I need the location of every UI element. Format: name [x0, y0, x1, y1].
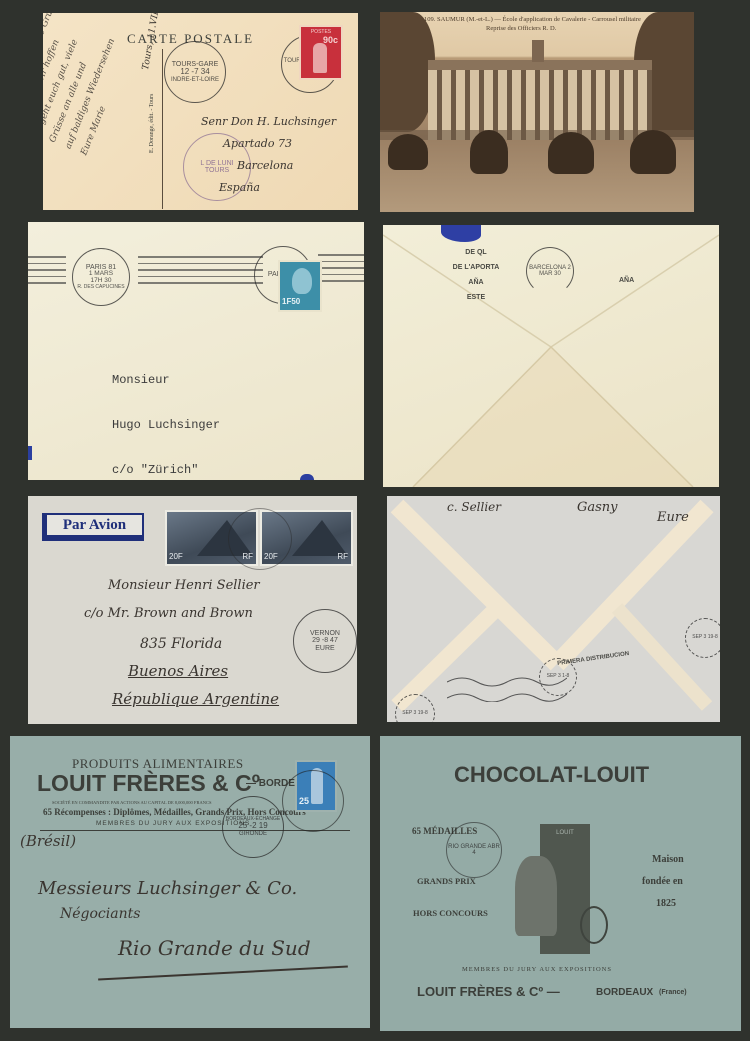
sender-name: c. Sellier: [447, 500, 501, 514]
company-name: LOUIT FRÈRES & Cº: [37, 770, 260, 797]
slogan-line: DE L'APORTA: [441, 260, 511, 275]
girl-illustration: [515, 856, 557, 936]
machine-cancel-lines: [318, 254, 364, 287]
postmark-on-stamp: [282, 770, 344, 832]
address-line: c/o "Zürich": [112, 463, 234, 478]
horse-rider: [548, 132, 594, 174]
box-label: LOUIT: [540, 830, 590, 836]
typed-address: Monsieur Hugo Luchsinger c/o "Zürich" Ap…: [112, 343, 234, 480]
company-name: LOUIT FRÈRES & Cº —: [417, 984, 560, 999]
stamp-pasteur-1f50: 1F50: [278, 260, 322, 312]
postmark-tours-gare: TOURS-GARE12 -7 34INDRE-ET-LOIRE: [164, 41, 226, 103]
address-line: Rio Grande du Sud: [118, 936, 311, 960]
address-underline: [98, 965, 348, 980]
address-line: Messieurs Luchsinger & Co.: [38, 878, 297, 899]
stamp-figure-icon: [313, 43, 327, 73]
horse-rider: [388, 134, 428, 170]
address-line: España: [201, 177, 336, 199]
chocolat-louit-title: CHOCOLAT-LOUIT: [454, 762, 649, 788]
postmark-paris-81: PARIS 811 MARS 17H 30R. DES CAPUCINES: [72, 248, 130, 306]
address-line: 835 Florida: [140, 636, 222, 652]
horse-rider: [470, 130, 508, 174]
postmark-arrival: RIO GRANDE ABR 4: [446, 822, 502, 878]
slogan-line: ESTE: [441, 290, 511, 305]
tree-left: [380, 12, 435, 132]
caption-line-1: 109. SAUMUR (M.-et-L.) — École d'applica…: [424, 16, 641, 23]
address-line: Monsieur Henri Sellier: [108, 578, 260, 593]
slogan-line: AÑA: [619, 273, 634, 288]
address-line: Apartado 73: [201, 133, 336, 155]
hoop-illustration: [580, 906, 608, 944]
company-capital-line: SOCIÉTÉ EN COMMANDITE PAR ACTIONS AU CAP…: [52, 800, 211, 805]
building-clock-tower: [532, 40, 544, 62]
left-col-line: GRANDS PRIX: [417, 876, 476, 886]
right-col-line: fondée en: [642, 876, 683, 887]
cover-paris-back: DE QL DE L'APORTA AÑA ESTE BARCELONA 2 M…: [383, 225, 719, 487]
address-line: Monsieur: [112, 373, 234, 388]
wavy-cancel-lines: [447, 672, 567, 702]
stamp-portrait-icon: [292, 268, 312, 294]
divider-line: [162, 49, 163, 209]
postmark-bordeaux-gironde: BORDEAUX-ÉCHANGE25 -2 19GIRONDE: [222, 796, 284, 858]
machine-cancel-lines: [28, 256, 66, 289]
right-col-line: 1825: [656, 898, 676, 909]
stamp-country: RF: [337, 552, 348, 561]
right-col-line: Maison: [652, 854, 684, 865]
machine-cancel-lines: [138, 256, 263, 289]
left-col-line: HORS CONCOURS: [413, 908, 488, 918]
caption-line-2: Reprise des Officiers R. D.: [486, 25, 556, 32]
sender-dept: Eure: [657, 510, 689, 525]
stamp-value: 20F: [169, 552, 183, 561]
cover-vernon-airmail-front: Par Avion 20F RF 20F RF VERNON29 -8 47EU…: [28, 496, 357, 724]
stamp-paix-90c: POSTES 90c: [299, 25, 343, 80]
stamp-mountain-icon: [292, 520, 348, 556]
destination-note: (Brésil): [20, 832, 76, 850]
stamp-value: 90c: [323, 35, 338, 45]
cover-vernon-airmail-back: c. Sellier Gasny Eure PRIMERA DISTRIBUCI…: [387, 496, 720, 722]
par-avion-text: Par Avion: [63, 517, 126, 534]
slogan-line: AÑA: [441, 275, 511, 290]
postcard-saumur-view: 109. SAUMUR (M.-et-L.) — École d'applica…: [380, 12, 694, 212]
machine-backstamp-slogan: DE QL DE L'APORTA AÑA ESTE: [441, 245, 511, 305]
sender-town: Gasny: [577, 500, 618, 515]
cover-paris-front: PARIS 811 MARS 17H 30R. DES CAPUCINES PA…: [28, 222, 364, 480]
address-line: Senr Don H. Luchsinger: [201, 111, 336, 133]
handwritten-message: Liebe Hugo, herzliche Grüsseaus Tours, w…: [43, 13, 143, 158]
address-line: c/o Mr. Brown and Brown: [84, 606, 253, 621]
company-country: (France): [659, 989, 687, 996]
address-line: République Argentine: [112, 690, 279, 708]
address-line: Négociants: [60, 906, 140, 922]
cover-louit-front: PRODUITS ALIMENTAIRES LOUIT FRÈRES & Cº …: [10, 736, 370, 1028]
machine-backstamp-slogan-right: AÑA: [619, 273, 634, 288]
backstamp-sep-right: SEP 3 19-8: [685, 618, 720, 658]
postmark-vernon-on-stamps: [228, 508, 292, 570]
postmark-vernon-eure: VERNON29 -8 47EURE: [293, 609, 357, 673]
par-avion-label: Par Avion: [42, 513, 144, 541]
publisher-text: E. Dorange, édit. - Tours: [149, 94, 155, 153]
address-block: Senr Don H. Luchsinger Apartado 73 Barce…: [201, 111, 336, 199]
cover-louit-back: CHOCOLAT-LOUIT 65 MÉDAILLES GRANDS PRIX …: [380, 736, 741, 1031]
postmark-barcelona-arrival: BARCELONA 2 MAR 30: [526, 247, 574, 295]
address-line: Buenos Aires: [128, 662, 228, 680]
building-facade: [428, 60, 652, 140]
address-line: Barcelona: [201, 155, 336, 177]
stamp-value: 1F50: [282, 297, 300, 306]
horse-rider: [630, 130, 676, 174]
postcard-tours-front: CARTE POSTALE E. Dorange, édit. - Tours …: [43, 13, 358, 210]
address-line: Hugo Luchsinger: [112, 418, 234, 433]
blue-edge-mark: [28, 446, 32, 460]
company-city: BORDEAUX: [596, 987, 653, 998]
blue-edge-mark: [300, 474, 314, 480]
slogan-line: DE QL: [441, 245, 511, 260]
jury-line: MEMBRES DU JURY AUX EXPOSITIONS: [462, 966, 612, 973]
